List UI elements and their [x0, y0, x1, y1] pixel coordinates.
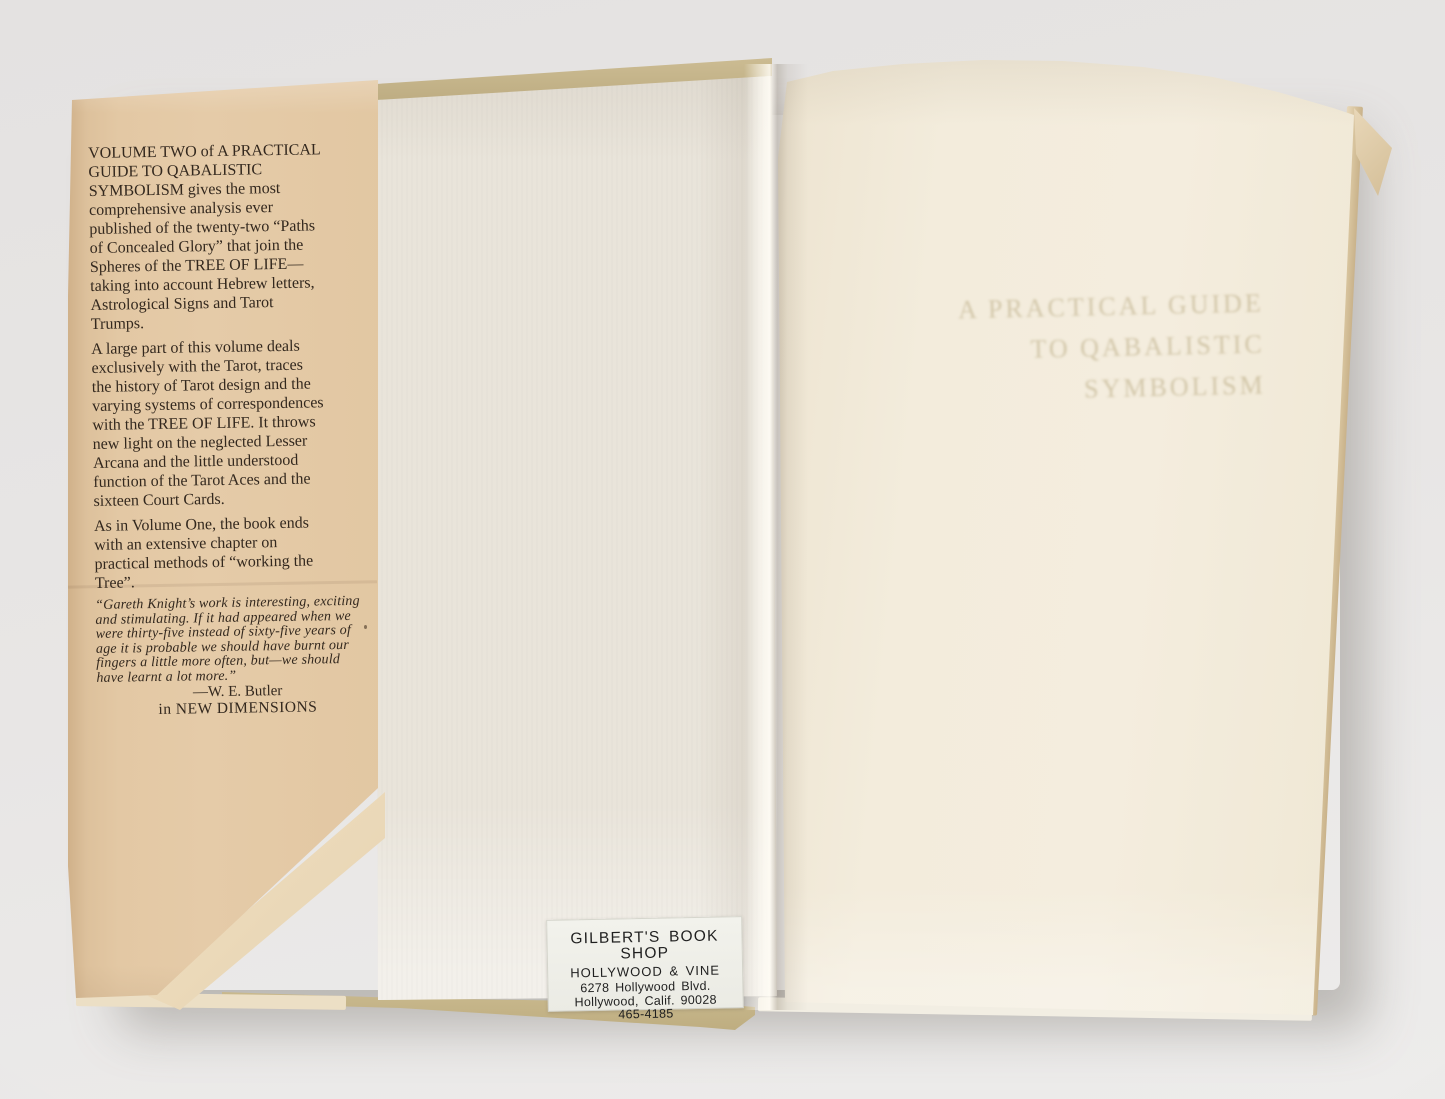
flap-blurb: VOLUME TWO of A PRACTICAL GUIDE TO QABAL…	[88, 140, 379, 718]
bookseller-sticker: GILBERT'S BOOK SHOP HOLLYWOOD & VINE 627…	[546, 916, 744, 1012]
flap-paragraph-1: VOLUME TWO of A PRACTICAL GUIDE TO QABAL…	[88, 140, 373, 334]
quote-source: in NEW DIMENSIONS	[97, 698, 379, 718]
sticker-shop-name: GILBERT'S BOOK SHOP	[546, 928, 743, 964]
left-endpaper	[376, 66, 778, 1010]
flap-review-quote: “Gareth Knight’s work is interesting, ex…	[95, 595, 378, 686]
photo-background: A PRACTICAL GUIDE TO QABALISTIC SYMBOLIS…	[0, 0, 1445, 1099]
ghost-title-showthrough: A PRACTICAL GUIDE TO QABALISTIC SYMBOLIS…	[958, 283, 1266, 413]
sticker-location: HOLLYWOOD & VINE	[547, 963, 743, 980]
flap-paragraph-2: A large part of this volume deals exclus…	[91, 336, 376, 511]
flap-paragraph-3: As in Volume One, the book ends with an …	[94, 513, 377, 593]
right-endpaper: A PRACTICAL GUIDE TO QABALISTIC SYMBOLIS…	[773, 58, 1365, 1020]
